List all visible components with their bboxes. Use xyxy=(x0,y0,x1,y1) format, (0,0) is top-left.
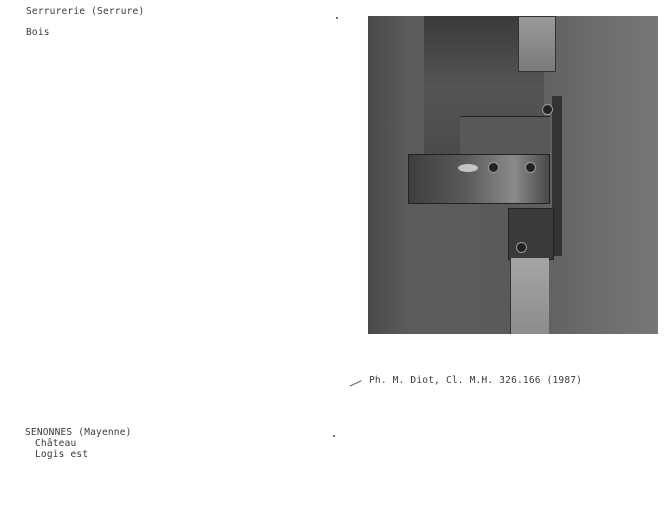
rivet-icon xyxy=(516,242,527,253)
photo-credit: Ph. M. Diot, Cl. M.H. 326.166 (1987) xyxy=(369,375,582,386)
lower-iron-strap xyxy=(510,258,549,334)
lock-block xyxy=(508,208,554,260)
highlight xyxy=(458,164,478,172)
rivet-icon xyxy=(488,162,499,173)
material-label: Bois xyxy=(26,27,50,38)
lock-photograph xyxy=(368,16,658,334)
pen-mark xyxy=(349,380,361,386)
rivet-icon xyxy=(542,104,553,115)
location-building: Château xyxy=(35,438,76,449)
location-part: Logis est xyxy=(35,449,88,460)
middle-bar xyxy=(460,116,550,157)
rivet-icon xyxy=(525,162,536,173)
location-commune: SENONNES (Mayenne) xyxy=(25,427,132,438)
upper-iron-strap xyxy=(518,16,556,72)
speck xyxy=(333,435,335,437)
category-label: Serrurerie (Serrure) xyxy=(26,6,144,17)
speck xyxy=(336,17,338,19)
